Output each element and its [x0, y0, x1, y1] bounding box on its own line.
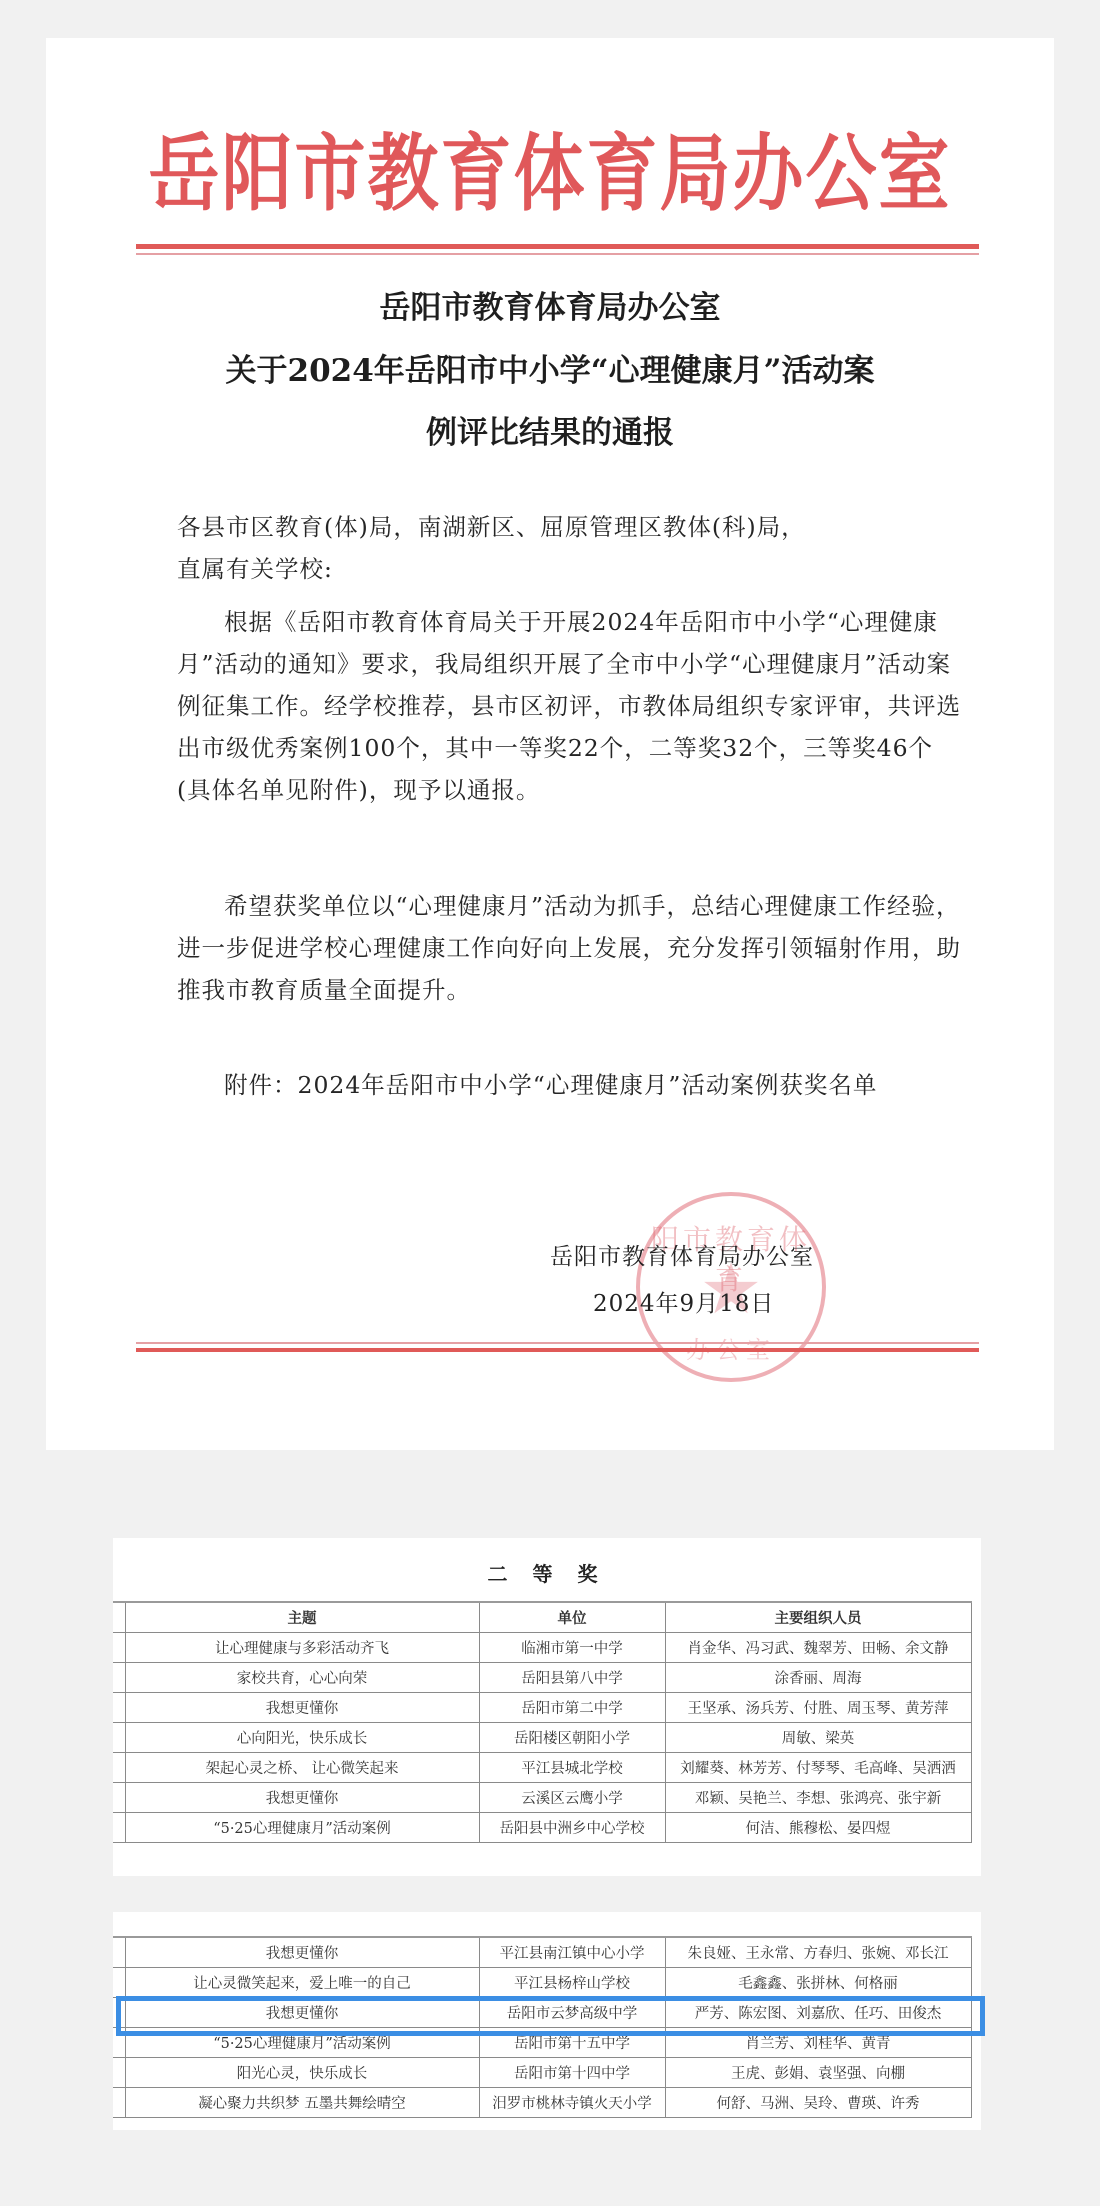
cell-unit: 岳阳楼区朝阳小学: [479, 1723, 665, 1753]
table-row-highlighted: 我想更懂你 岳阳市云梦高级中学 严芳、陈宏图、刘嘉欣、任巧、田俊杰: [113, 1998, 971, 2028]
second-prize-table-page-1: 二 等 奖 主题 单位 主要组织人员 让心理健康与多彩活动齐飞 临湘市第一中学 …: [113, 1538, 981, 1876]
cell-people: 邓颖、吴艳兰、李想、张鸿亮、张宇新: [665, 1783, 971, 1813]
doc-title-line-3: 例评比结果的通报: [46, 418, 1054, 449]
second-prize-table-page-2: 我想更懂你 平江县南江镇中心小学 朱良娅、王永常、方春归、张婉、邓长江 让心灵微…: [113, 1912, 981, 2130]
body-paragraph-1: 根据《岳阳市教育体育局关于开展2024年岳阳市中小学“心理健康月”活动的通知》要…: [177, 601, 967, 811]
signature-org: 岳阳市教育体育局办公室: [550, 1238, 814, 1271]
table-header-row: 主题 单位 主要组织人员: [113, 1602, 971, 1633]
addressee-line-2: 直属有关学校:: [177, 548, 967, 590]
table-row: 让心灵微笑起来，爱上唯一的自己 平江县杨梓山学校 毛鑫鑫、张拼林、何格丽: [113, 1968, 971, 1998]
table-row: “5·25心理健康月”活动案例 岳阳县中洲乡中心学校 何洁、熊穆松、晏四煜: [113, 1813, 971, 1843]
cell-theme: 让心灵微笑起来，爱上唯一的自己: [125, 1968, 479, 1998]
cell-theme: 让心理健康与多彩活动齐飞: [125, 1633, 479, 1663]
cell-unit: 岳阳县中洲乡中心学校: [479, 1813, 665, 1843]
cell-unit: 汨罗市桃林寺镇火天小学: [479, 2088, 665, 2118]
cell-unit: 岳阳市第十四中学: [479, 2058, 665, 2088]
table-row: 家校共育，心心向荣 岳阳县第八中学 涂香丽、周海: [113, 1663, 971, 1693]
column-header-people: 主要组织人员: [665, 1602, 971, 1633]
cell-people: 何舒、马洲、吴玲、曹瑛、许秀: [665, 2088, 971, 2118]
cell-unit: 岳阳市第二中学: [479, 1693, 665, 1723]
addressee-line-1: 各县市区教育(体)局，南湖新区、屈原管理区教体(科)局，: [177, 506, 967, 548]
cell-unit: 平江县城北学校: [479, 1753, 665, 1783]
signature-date: 2024年9月18日: [593, 1285, 774, 1318]
cell-unit: 岳阳县第八中学: [479, 1663, 665, 1693]
cell-theme: 架起心灵之桥、 让心微笑起来: [125, 1753, 479, 1783]
footer-rule-thick: [136, 1348, 979, 1352]
cell-unit: 岳阳市第十五中学: [479, 2028, 665, 2058]
cell-people: 严芳、陈宏图、刘嘉欣、任巧、田俊杰: [665, 1998, 971, 2028]
addressee: 各县市区教育(体)局，南湖新区、屈原管理区教体(科)局， 直属有关学校:: [177, 506, 967, 590]
cell-theme: 我想更懂你: [125, 1998, 479, 2028]
body-paragraph-2: 希望获奖单位以“心理健康月”活动为抓手，总结心理健康工作经验，进一步促进学校心理…: [177, 885, 967, 1011]
cell-theme: 我想更懂你: [125, 1937, 479, 1968]
table-row: 心向阳光，快乐成长 岳阳楼区朝阳小学 周敏、梁英: [113, 1723, 971, 1753]
cell-unit: 平江县南江镇中心小学: [479, 1937, 665, 1968]
cell-people: 王虎、彭娟、袁坚强、向棚: [665, 2058, 971, 2088]
attachment-line: 附件：2024年岳阳市中小学“心理健康月”活动案例获奖名单: [177, 1064, 967, 1106]
cell-theme: “5·25心理健康月”活动案例: [125, 1813, 479, 1843]
cell-unit: 云溪区云鹰小学: [479, 1783, 665, 1813]
table-row: 让心理健康与多彩活动齐飞 临湘市第一中学 肖金华、冯习武、魏翠芳、田畅、余文静: [113, 1633, 971, 1663]
column-header-unit: 单位: [479, 1602, 665, 1633]
cell-unit: 平江县杨梓山学校: [479, 1968, 665, 1998]
cell-people: 何洁、熊穆松、晏四煜: [665, 1813, 971, 1843]
table-row: 我想更懂你 岳阳市第二中学 王坚承、汤兵芳、付胜、周玉琴、黄芳萍: [113, 1693, 971, 1723]
table-row: 架起心灵之桥、 让心微笑起来 平江县城北学校 刘耀葵、林芳芳、付琴琴、毛高峰、吴…: [113, 1753, 971, 1783]
masthead-rule-thick: [136, 244, 979, 249]
doc-title-line-1: 岳阳市教育体育局办公室: [46, 293, 1054, 324]
table-row: 凝心聚力共织梦 五墨共舞绘晴空 汨罗市桃林寺镇火天小学 何舒、马洲、吴玲、曹瑛、…: [113, 2088, 971, 2118]
cell-theme: 心向阳光，快乐成长: [125, 1723, 479, 1753]
cell-people: 肖兰芳、刘桂华、黄青: [665, 2028, 971, 2058]
cell-people: 王坚承、汤兵芳、付胜、周玉琴、黄芳萍: [665, 1693, 971, 1723]
masthead-title: 岳阳市教育体育局办公室: [46, 132, 1054, 216]
table-row: 我想更懂你 云溪区云鹰小学 邓颖、吴艳兰、李想、张鸿亮、张宇新: [113, 1783, 971, 1813]
awards-table-2: 我想更懂你 平江县南江镇中心小学 朱良娅、王永常、方春归、张婉、邓长江 让心灵微…: [113, 1936, 972, 2118]
cell-theme: 家校共育，心心向荣: [125, 1663, 479, 1693]
cell-people: 毛鑫鑫、张拼林、何格丽: [665, 1968, 971, 1998]
masthead-rule-thin: [136, 253, 979, 255]
cell-unit: 临湘市第一中学: [479, 1633, 665, 1663]
table-row: 我想更懂你 平江县南江镇中心小学 朱良娅、王永常、方春归、张婉、邓长江: [113, 1937, 971, 1968]
cell-theme: 我想更懂你: [125, 1783, 479, 1813]
column-header-theme: 主题: [125, 1602, 479, 1633]
cell-theme: 我想更懂你: [125, 1693, 479, 1723]
cell-unit: 岳阳市云梦高级中学: [479, 1998, 665, 2028]
cell-people: 周敏、梁英: [665, 1723, 971, 1753]
table-row: 阳光心灵，快乐成长 岳阳市第十四中学 王虎、彭娟、袁坚强、向棚: [113, 2058, 971, 2088]
cell-people: 肖金华、冯习武、魏翠芳、田畅、余文静: [665, 1633, 971, 1663]
footer-rule-thin: [136, 1342, 979, 1344]
awards-table-1: 主题 单位 主要组织人员 让心理健康与多彩活动齐飞 临湘市第一中学 肖金华、冯习…: [113, 1601, 972, 1843]
cell-theme: 阳光心灵，快乐成长: [125, 2058, 479, 2088]
notice-document-page: 岳阳市教育体育局办公室 岳阳市教育体育局办公室 关于2024年岳阳市中小学“心理…: [46, 38, 1054, 1450]
cell-theme: 凝心聚力共织梦 五墨共舞绘晴空: [125, 2088, 479, 2118]
cell-theme: “5·25心理健康月”活动案例: [125, 2028, 479, 2058]
second-prize-heading: 二 等 奖: [113, 1558, 981, 1587]
doc-title-line-2: 关于2024年岳阳市中小学“心理健康月”活动案: [46, 356, 1054, 387]
table-row: “5·25心理健康月”活动案例 岳阳市第十五中学 肖兰芳、刘桂华、黄青: [113, 2028, 971, 2058]
cell-people: 涂香丽、周海: [665, 1663, 971, 1693]
cell-people: 刘耀葵、林芳芳、付琴琴、毛高峰、吴洒洒: [665, 1753, 971, 1783]
cell-people: 朱良娅、王永常、方春归、张婉、邓长江: [665, 1937, 971, 1968]
